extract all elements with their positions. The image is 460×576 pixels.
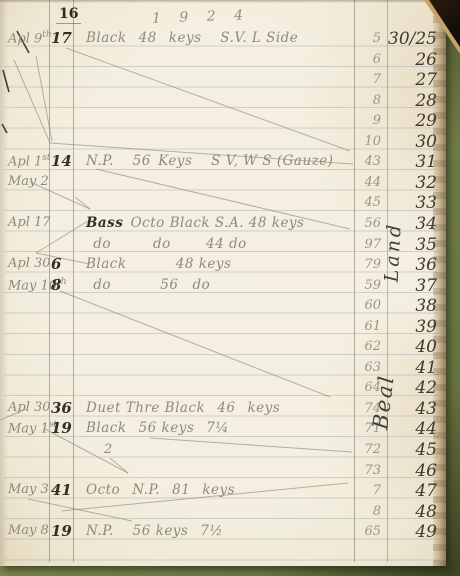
serial-pen-number: 39 (386, 317, 437, 337)
tally-pencil-number: 5 (352, 31, 381, 46)
ledger-row: 727 (0, 70, 446, 91)
entry-count: 6 (51, 255, 61, 273)
entry-desc: Duet Thre Black 46 keys (86, 400, 280, 416)
entry-count: 36 (51, 399, 72, 417)
entry-date: Apl 17 (8, 215, 51, 230)
serial-pen-number: 46 (386, 461, 437, 481)
ledger-row: May 341Octo N.P. 81 keys747 (0, 481, 446, 502)
serial-pen-number: 29 (386, 111, 437, 131)
ledger-row: 6139 (0, 317, 446, 338)
ledger-row: 7346 (0, 461, 446, 482)
tally-pencil-number: 6 (352, 52, 381, 67)
entry-desc: Octo Black S.A. 48 keys (123, 215, 304, 231)
entry-count: 19 (51, 419, 72, 437)
entry-date: May 2 (8, 174, 49, 189)
serial-pen-number: 32 (386, 173, 437, 193)
photo-of-ledger: 16 1 9 2 4 Apl 9th17Black 48 keys S.V. L… (0, 0, 460, 576)
entry-desc-group: Octo N.P. 81 keys (86, 482, 235, 498)
ledger-row: 828 (0, 91, 446, 112)
vertical-ink-note-upper-text: Land (380, 221, 405, 282)
serial-pen-number: 49 (386, 522, 437, 542)
entry-date-group: May 2 (8, 174, 49, 189)
entry-date-group: Apl 30 (8, 256, 51, 271)
vertical-ink-note-lower: Beal (356, 352, 412, 452)
entry-date: May 8 (8, 523, 49, 538)
serial-pen-number: 31 (386, 152, 437, 172)
entry-desc: Black 56 keys 7¼ (86, 420, 229, 436)
tally-pencil-number: 65 (352, 524, 381, 539)
serial-pen-number: 38 (386, 296, 437, 316)
serial-pen-number: 48 (386, 502, 437, 522)
entry-desc-group: Duet Thre Black 46 keys (86, 400, 280, 416)
vertical-ink-note-upper: Land (366, 206, 420, 298)
ledger-row: 626 (0, 50, 446, 71)
entry-desc: N.P. 56 keys 7½ (86, 523, 223, 539)
entry-desc-group: N.P. 56 Keys S V, W S (Gauze) (86, 153, 334, 169)
entry-date: Apl 30 (8, 256, 51, 271)
entry-date-group: Apl 30 (8, 400, 51, 415)
entry-count: 14 (51, 152, 72, 170)
entry-note: 2 (104, 442, 112, 457)
serial-pen-number: 30/25 (386, 29, 437, 49)
entry-desc-group: Black 56 keys 7¼ (86, 420, 229, 436)
entry-desc-group: N.P. 56 keys 7½ (86, 523, 223, 539)
entry-date: Apl 30 (8, 400, 51, 415)
entry-date-group: Apl 17 (8, 215, 51, 230)
ledger-row: 6038 (0, 296, 446, 317)
serial-pen-number: 47 (386, 481, 437, 501)
entry-date-group: Apl 1st (8, 153, 51, 169)
tally-pencil-number: 7 (352, 72, 381, 87)
entry-count: 17 (51, 29, 72, 47)
entry-date: May 3 (8, 482, 49, 497)
tally-pencil-number: 43 (352, 154, 381, 169)
tally-pencil-number: 10 (352, 134, 381, 149)
entry-date-group: May 3 (8, 482, 49, 497)
ledger-row: 848 (0, 502, 446, 523)
date-ordinal: st (42, 153, 50, 163)
entry-desc-group: Bass Octo Black S.A. 48 keys (86, 215, 305, 231)
ledger-row: May 24432 (0, 173, 446, 194)
entry-desc-group: do do 44 do (86, 236, 247, 252)
ledger-page: 16 1 9 2 4 Apl 9th17Black 48 keys S.V. L… (0, 0, 446, 566)
entry-desc: Black 48 keys (86, 256, 231, 272)
entry-desc: do 56 do (86, 277, 210, 293)
tally-pencil-number: 61 (352, 319, 381, 334)
entry-count: 41 (51, 481, 72, 499)
tally-pencil-number: 44 (352, 175, 381, 190)
entry-desc-group: do 56 do (86, 277, 210, 293)
entry-desc: Black 48 keys S.V. L Side (86, 30, 298, 46)
serial-pen-number: 27 (386, 70, 437, 90)
ledger-row: May 819N.P. 56 keys 7½6549 (0, 522, 446, 543)
entry-desc-ink: Bass (86, 215, 123, 231)
ledger-row: 1030 (0, 132, 446, 153)
entry-count: 19 (51, 522, 72, 540)
tally-pencil-number: 8 (352, 504, 381, 519)
entry-desc-group: Black 48 keys S.V. L Side (86, 30, 298, 46)
entry-date-group: May 8 (8, 523, 49, 538)
page-number: 16 (56, 6, 81, 24)
ledger-row: Apl 1st14N.P. 56 Keys S V, W S (Gauze)43… (0, 152, 446, 173)
entry-desc: do do 44 do (86, 236, 247, 252)
ledger-row: Apl 9th17Black 48 keys S.V. L Side530/25 (0, 29, 446, 50)
entry-date: May 10 (8, 278, 57, 293)
serial-pen-number: 30 (386, 132, 437, 152)
entry-date: May 1 (8, 422, 49, 437)
tally-pencil-number: 60 (352, 298, 381, 313)
entry-desc: N.P. 56 Keys S V, W S (Gauze) (86, 153, 334, 169)
tally-pencil-number: 73 (352, 463, 381, 478)
entry-count: 8 (51, 276, 61, 294)
tally-pencil-number: 7 (352, 483, 381, 498)
entry-desc: Octo N.P. 81 keys (86, 482, 235, 498)
entry-date: Apl 1 (8, 155, 42, 170)
ledger-row: 929 (0, 111, 446, 132)
entry-date-group: Apl 9th (8, 30, 52, 46)
tally-pencil-number: 8 (352, 93, 381, 108)
year-heading: 1 9 2 4 (152, 7, 250, 26)
entry-desc-group: Black 48 keys (86, 256, 231, 272)
entry-date-group: May 1st (8, 420, 57, 436)
serial-pen-number: 26 (386, 50, 437, 70)
entry-date: Apl 9 (8, 31, 42, 46)
vertical-ink-note-lower-text: Beal (369, 373, 400, 431)
serial-pen-number: 28 (386, 91, 437, 111)
tally-pencil-number: 9 (352, 113, 381, 128)
